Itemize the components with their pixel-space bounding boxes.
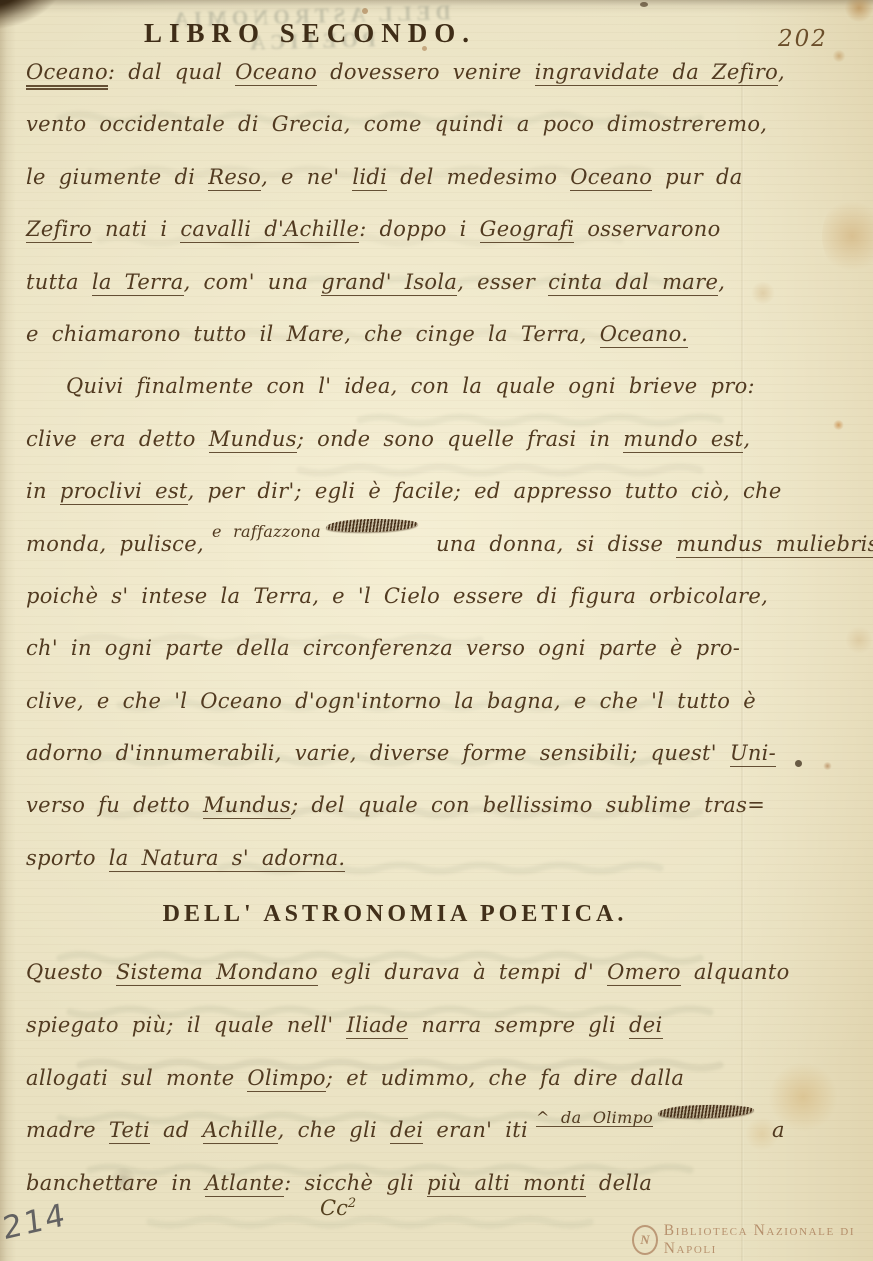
manuscript-line: monda, pulisce,e raffazzona una donna, s…: [26, 518, 752, 570]
handwritten-text: , com' una: [184, 270, 322, 294]
underlined-text: mundo est: [623, 427, 743, 453]
pencil-shelf-number: 214: [1, 1197, 68, 1248]
foxing-stain: [844, 0, 873, 22]
manuscript-line: ch' in ogni parte della circonferenza ve…: [26, 622, 752, 674]
underlined-text: Oceano: [570, 165, 652, 191]
underlined-text: la Terra: [92, 270, 184, 296]
scribbled-deletion: [326, 518, 418, 533]
handwritten-text: monda, pulisce,: [26, 532, 204, 556]
underlined-text: Geografi: [480, 217, 575, 243]
library-stamp-label: Biblioteca Nazionale di Napoli: [664, 1222, 873, 1258]
manuscript-line: vento occidentale di Grecia, come quindi…: [26, 98, 752, 150]
manuscript-line: allogati sul monte Olimpo; et udimmo, ch…: [26, 1052, 752, 1105]
manuscript-line: le giumente di Reso, e ne' lidi del mede…: [26, 151, 752, 203]
underlined-text: Mundus: [209, 427, 297, 453]
foxing-stain: [822, 196, 873, 276]
underlined-text: la Natura s' adorna.: [109, 846, 346, 872]
handwritten-text: ,: [778, 60, 785, 84]
ink-speck: [795, 760, 802, 767]
manuscript-line: in proclivi est, per dir'; egli è facile…: [26, 465, 752, 517]
handwritten-text: : sicchè gli: [284, 1171, 427, 1195]
handwritten-text: ,: [743, 427, 750, 451]
foxing-stain: [846, 625, 872, 655]
underlined-text: Oceano: [235, 60, 317, 86]
handwritten-text: , e ne': [261, 165, 352, 189]
foxing-speck: [823, 762, 832, 770]
underlined-text: Reso: [208, 165, 261, 191]
handwritten-text: , che gli: [278, 1118, 390, 1142]
foxing-stain: [832, 50, 846, 62]
underlined-text: Sistema Mondano: [116, 960, 318, 986]
handwritten-text: , esser: [457, 270, 548, 294]
handwritten-text: egli durava à tempi d': [318, 960, 607, 984]
scribbled-deletion: [658, 1104, 754, 1119]
underlined-text: dei: [629, 1013, 663, 1039]
section-heading: DELL' ASTRONOMIA POETICA.: [0, 901, 790, 928]
underlined-text: più alti monti: [427, 1171, 586, 1197]
handwritten-text: vento occidentale di Grecia, come quindi…: [26, 112, 767, 136]
handwritten-text: sporto: [26, 846, 109, 870]
handwritten-text: ch' in ogni parte della circonferenza ve…: [26, 636, 740, 660]
handwritten-text: clive era detto: [26, 427, 209, 451]
handwritten-text: nati i: [92, 217, 180, 241]
manuscript-line: Oceano: dal qual Oceano dovessero venire…: [26, 46, 752, 98]
underlined-text: lidi: [352, 165, 387, 191]
underlined-text: Omero: [607, 960, 681, 986]
underlined-text: Atlante: [205, 1171, 284, 1197]
handwritten-text: eran' iti: [423, 1118, 528, 1142]
handwritten-text: spiegato più; il quale nell': [26, 1013, 346, 1037]
manuscript-line: clive era detto Mundus; onde sono quelle…: [26, 413, 752, 465]
manuscript-line: sporto la Natura s' adorna.: [26, 832, 752, 884]
handwritten-text: ; del quale con bellissimo sublime tras=: [291, 793, 765, 817]
handwritten-text: ,: [718, 270, 725, 294]
underlined-text: Teti: [109, 1118, 150, 1144]
underlined-text: Oceano.: [600, 322, 689, 348]
handwritten-text: a: [759, 1118, 785, 1142]
manuscript-line: verso fu detto Mundus; del quale con bel…: [26, 779, 752, 831]
handwritten-text: osservarono: [574, 217, 720, 241]
underlined-text: Mundus: [203, 793, 291, 819]
underlined-text: mundus muliebris;: [676, 532, 873, 558]
underlined-text: cinta dal mare: [548, 270, 718, 296]
handwritten-text: , per dir'; egli è facile; ed appresso t…: [188, 479, 782, 503]
handwritten-text: una donna, si disse: [423, 532, 676, 556]
manuscript-line: poichè s' intese la Terra, e 'l Cielo es…: [26, 570, 752, 622]
foxing-stain: [750, 282, 776, 304]
handwritten-text: e chiamarono tutto il Mare, che cinge la…: [26, 322, 600, 346]
folio-number: 202: [778, 26, 828, 52]
underlined-text: Olimpo: [247, 1066, 325, 1092]
underlined-text: Zefiro: [26, 217, 92, 243]
interlinear-insertion: ^ da Olimpo: [536, 1111, 653, 1127]
handwritten-text: : dal qual: [108, 60, 235, 84]
handwritten-text: Questo: [26, 960, 116, 984]
ink-speck: [640, 2, 648, 7]
handwritten-text: della: [586, 1171, 652, 1195]
handwritten-text: verso fu detto: [26, 793, 203, 817]
underlined-text: Uni-: [730, 741, 776, 767]
handwritten-text: narra sempre gli: [408, 1013, 629, 1037]
handwritten-text: alquanto: [681, 960, 790, 984]
underlined-text: Iliade: [346, 1013, 408, 1039]
underlined-text: dei: [390, 1118, 424, 1144]
manuscript-line: tutta la Terra, com' una grand' Isola, e…: [26, 256, 752, 308]
manuscript-line: madre Teti ad Achille, che gli dei eran'…: [26, 1104, 752, 1157]
underlined-text: Oceano: [26, 60, 108, 90]
handwritten-text: dovessero venire: [317, 60, 534, 84]
interlinear-insertion: e raffazzona: [212, 525, 321, 539]
handwritten-text: poichè s' intese la Terra, e 'l Cielo es…: [26, 584, 768, 608]
manuscript-line: e chiamarono tutto il Mare, che cinge la…: [26, 308, 752, 360]
manuscript-line: clive, e che 'l Oceano d'ogn'intorno la …: [26, 675, 752, 727]
underlined-text: ingravidate da Zefiro: [535, 60, 778, 86]
underlined-text: Achille: [203, 1118, 278, 1144]
manuscript-line: Questo Sistema Mondano egli durava à tem…: [26, 946, 752, 999]
handwritten-text: Quivi finalmente con l' idea, con la qua…: [66, 374, 755, 398]
manuscript-line: Quivi finalmente con l' idea, con la qua…: [26, 360, 752, 412]
handwritten-text: le giumente di: [26, 165, 208, 189]
catchword-letters: Cc: [320, 1196, 348, 1220]
paragraph-astronomia: Questo Sistema Mondano egli durava à tem…: [26, 946, 752, 1210]
handwritten-text: ; et udimmo, che fa dire dalla: [326, 1066, 684, 1090]
handwritten-text: tutta: [26, 270, 92, 294]
underlined-text: proclivi est: [60, 479, 188, 505]
quire-catchword: Cc2: [320, 1196, 356, 1220]
handwritten-text: allogati sul monte: [26, 1066, 247, 1090]
library-stamp: N Biblioteca Nazionale di Napoli: [632, 1222, 873, 1258]
paragraph-oceano: Oceano: dal qual Oceano dovessero venire…: [26, 46, 752, 884]
handwritten-text: banchettare in: [26, 1171, 205, 1195]
handwritten-text: ad: [150, 1118, 203, 1142]
manuscript-line: adorno d'innumerabili, varie, diverse fo…: [26, 727, 752, 779]
handwritten-text: adorno d'innumerabili, varie, diverse fo…: [26, 741, 730, 765]
manuscript-line: banchettare in Atlante: sicchè gli più a…: [26, 1157, 752, 1210]
foxing-speck: [833, 420, 844, 430]
library-stamp-monogram-icon: N: [632, 1225, 658, 1255]
handwritten-text: del medesimo: [387, 165, 570, 189]
underlined-text: cavalli d'Achille: [180, 217, 359, 243]
book-title: LIBRO SECONDO.: [0, 18, 620, 49]
underlined-text: grand' Isola: [321, 270, 457, 296]
manuscript-line: Zefiro nati i cavalli d'Achille: doppo i…: [26, 203, 752, 255]
handwritten-text: : doppo i: [359, 217, 479, 241]
handwritten-text: ; onde sono quelle frasi in: [297, 427, 623, 451]
handwritten-text: pur da: [652, 165, 742, 189]
manuscript-line: spiegato più; il quale nell' Iliade narr…: [26, 999, 752, 1052]
handwritten-text: in: [26, 479, 60, 503]
handwritten-text: madre: [26, 1118, 109, 1142]
catchword-superscript: 2: [348, 1196, 356, 1211]
handwritten-text: clive, e che 'l Oceano d'ogn'intorno la …: [26, 689, 756, 713]
manuscript-page: DELL ASTRONOMIA POETICA LIBRO SECONDO. 2…: [0, 0, 873, 1261]
